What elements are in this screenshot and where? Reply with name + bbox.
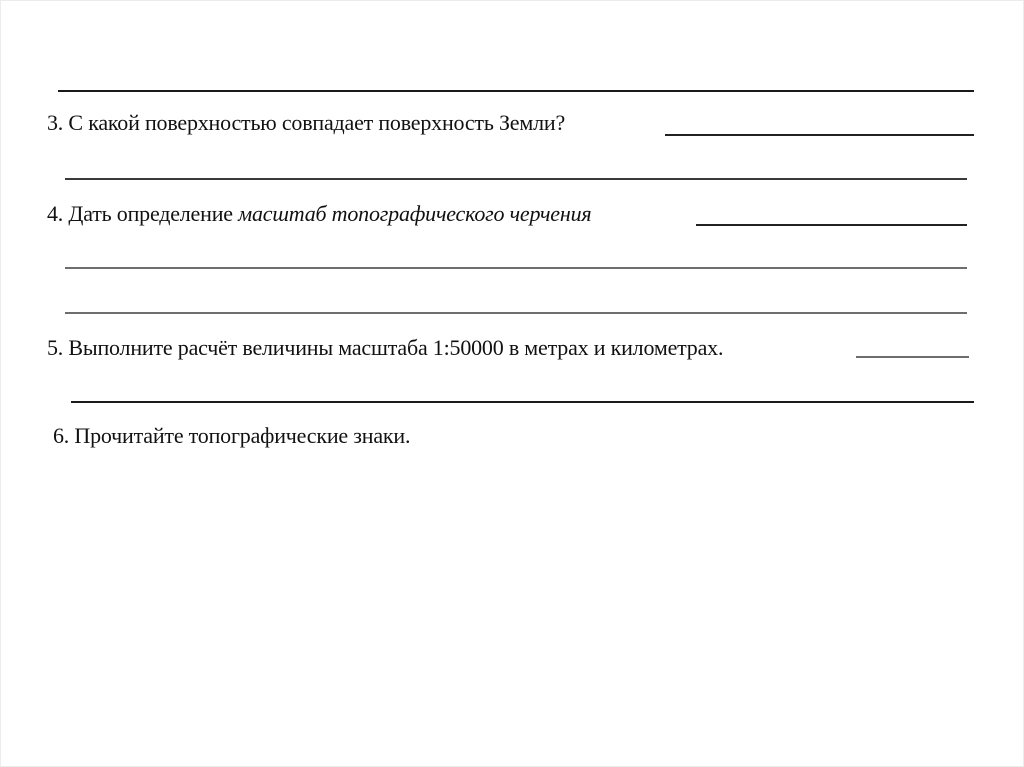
answer-line[interactable] <box>65 267 967 269</box>
question-6: 6. Прочитайте топографические знаки. <box>53 423 410 449</box>
question-3-answer-blank[interactable] <box>665 134 974 136</box>
question-4-term: масштаб топографического черчения <box>238 201 591 226</box>
answer-line[interactable] <box>65 312 967 314</box>
answer-line[interactable] <box>65 178 967 180</box>
question-4: 4. Дать определение масштаб топографичес… <box>47 201 591 227</box>
question-5-answer-blank[interactable] <box>856 356 969 358</box>
worksheet-page: 3. С какой поверхностью совпадает поверх… <box>0 0 1024 767</box>
question-5-text: Выполните расчёт величины масштаба 1:500… <box>68 335 723 360</box>
question-3: 3. С какой поверхностью совпадает поверх… <box>47 110 565 136</box>
question-6-text: Прочитайте топографические знаки. <box>74 423 410 448</box>
question-4-answer-blank[interactable] <box>696 224 967 226</box>
question-6-number: 6. <box>53 423 69 448</box>
question-5-number: 5. <box>47 335 63 360</box>
answer-line[interactable] <box>58 90 974 92</box>
question-3-number: 3. <box>47 110 63 135</box>
answer-line[interactable] <box>71 401 974 403</box>
question-4-text: Дать определение <box>68 201 238 226</box>
question-4-number: 4. <box>47 201 63 226</box>
question-3-text: С какой поверхностью совпадает поверхнос… <box>68 110 565 135</box>
question-5: 5. Выполните расчёт величины масштаба 1:… <box>47 335 723 361</box>
